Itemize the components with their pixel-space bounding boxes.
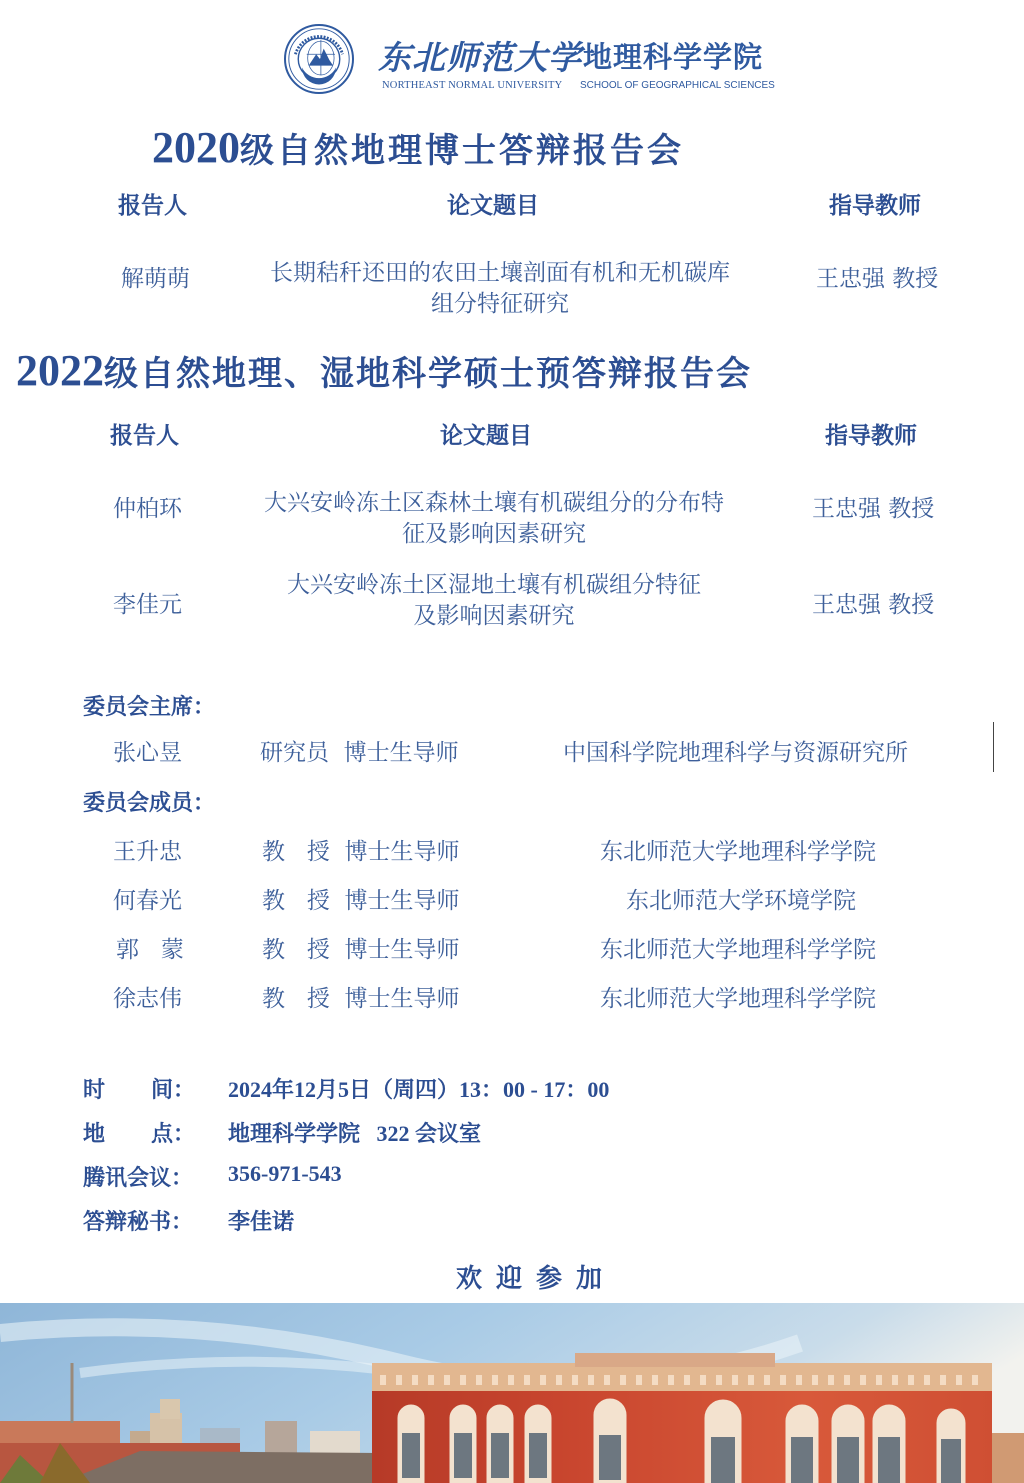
section2-row1-topic: 大兴安岭冻土区森林土壤有机碳组分的分布特 征及影响因素研究: [220, 488, 768, 550]
member2-org: 东北师范大学环境学院: [626, 882, 856, 915]
school-name-en: SCHOOL OF GEOGRAPHICAL SCIENCES: [580, 80, 775, 91]
member4-org: 东北师范大学地理科学学院: [600, 980, 876, 1013]
committee-members-label: 委员会成员：: [83, 786, 215, 817]
topic-line: 组分特征研究: [230, 289, 770, 320]
section1-col-topic: 论文题目: [447, 187, 539, 220]
chair-name: 张心昱: [113, 734, 182, 767]
member1-name: 王升忠: [113, 833, 182, 866]
university-name-en: NORTHEAST NORMAL UNIVERSITY: [382, 80, 562, 91]
section1-col-presenter: 报告人: [118, 187, 187, 220]
section1-title: 2020级自然地理博士答辩报告会: [152, 122, 684, 173]
section2-col-presenter: 报告人: [110, 417, 179, 450]
section2-col-topic: 论文题目: [440, 417, 532, 450]
section2-col-advisor: 指导教师: [825, 417, 917, 450]
section1-title-text: 级自然地理博士答辩报告会: [240, 131, 684, 171]
section2-row2-presenter: 李佳元: [113, 586, 182, 619]
place-label: 地 点：: [83, 1117, 195, 1148]
section1-col-advisor: 指导教师: [829, 187, 921, 220]
member3-org: 东北师范大学地理科学学院: [600, 931, 876, 964]
school-name-cn: 地理科学学院: [583, 35, 763, 76]
member4-title: 教 授 博士生导师: [262, 980, 460, 1013]
member2-title: 教 授 博士生导师: [262, 882, 460, 915]
member3-title: 教 授 博士生导师: [262, 931, 460, 964]
member1-org: 东北师范大学地理科学学院: [600, 833, 876, 866]
member2-name: 何春光: [113, 882, 182, 915]
text-cursor-line: [993, 722, 994, 772]
section1-row1-presenter: 解萌萌: [121, 260, 190, 293]
secretary-value: 李佳诺: [228, 1205, 294, 1236]
section2-row1-presenter: 仲柏环: [113, 490, 182, 523]
topic-line: 及影响因素研究: [220, 601, 768, 632]
section1-row1-topic: 长期秸秆还田的农田土壤剖面有机和无机碳库 组分特征研究: [230, 258, 770, 320]
section2-title-year: 2022: [16, 346, 104, 395]
chair-org: 中国科学院地理科学与资源研究所: [563, 734, 908, 767]
tencent-meeting-label: 腾讯会议：: [83, 1161, 193, 1192]
university-name-cn: 东北师范大学: [378, 32, 582, 79]
topic-line: 大兴安岭冻土区湿地土壤有机碳组分特征: [220, 570, 768, 601]
chair-title: 研究员 博士生导师: [260, 734, 459, 767]
time-label: 时 间：: [83, 1073, 195, 1104]
section2-row1-advisor: 王忠强 教授: [812, 490, 934, 523]
section2-row2-advisor: 王忠强 教授: [812, 586, 934, 619]
campus-building-photo: [0, 1303, 1024, 1483]
section2-title: 2022级自然地理、湿地科学硕士预答辩报告会: [16, 345, 752, 396]
welcome-text: 欢迎参加: [0, 1258, 1024, 1295]
topic-line: 长期秸秆还田的农田土壤剖面有机和无机碳库: [230, 258, 770, 289]
section2-title-text: 级自然地理、湿地科学硕士预答辩报告会: [104, 354, 752, 394]
topic-line: 大兴安岭冻土区森林土壤有机碳组分的分布特: [220, 488, 768, 519]
committee-chair-label: 委员会主席：: [83, 690, 215, 721]
university-seal-icon: [284, 24, 354, 94]
time-value: 2024年12月5日（周四）13：00 - 17：00: [228, 1073, 609, 1104]
member4-name: 徐志伟: [113, 980, 182, 1013]
place-value: 地理科学学院 322 会议室: [228, 1117, 481, 1148]
member3-name: 郭 蒙: [116, 931, 184, 964]
topic-line: 征及影响因素研究: [220, 519, 768, 550]
section1-row1-advisor: 王忠强 教授: [816, 260, 938, 293]
section2-row2-topic: 大兴安岭冻土区湿地土壤有机碳组分特征 及影响因素研究: [220, 570, 768, 632]
tencent-meeting-id[interactable]: 356-971-543: [228, 1161, 342, 1187]
section1-title-year: 2020: [152, 123, 240, 172]
member1-title: 教 授 博士生导师: [262, 833, 460, 866]
secretary-label: 答辩秘书：: [83, 1205, 193, 1236]
